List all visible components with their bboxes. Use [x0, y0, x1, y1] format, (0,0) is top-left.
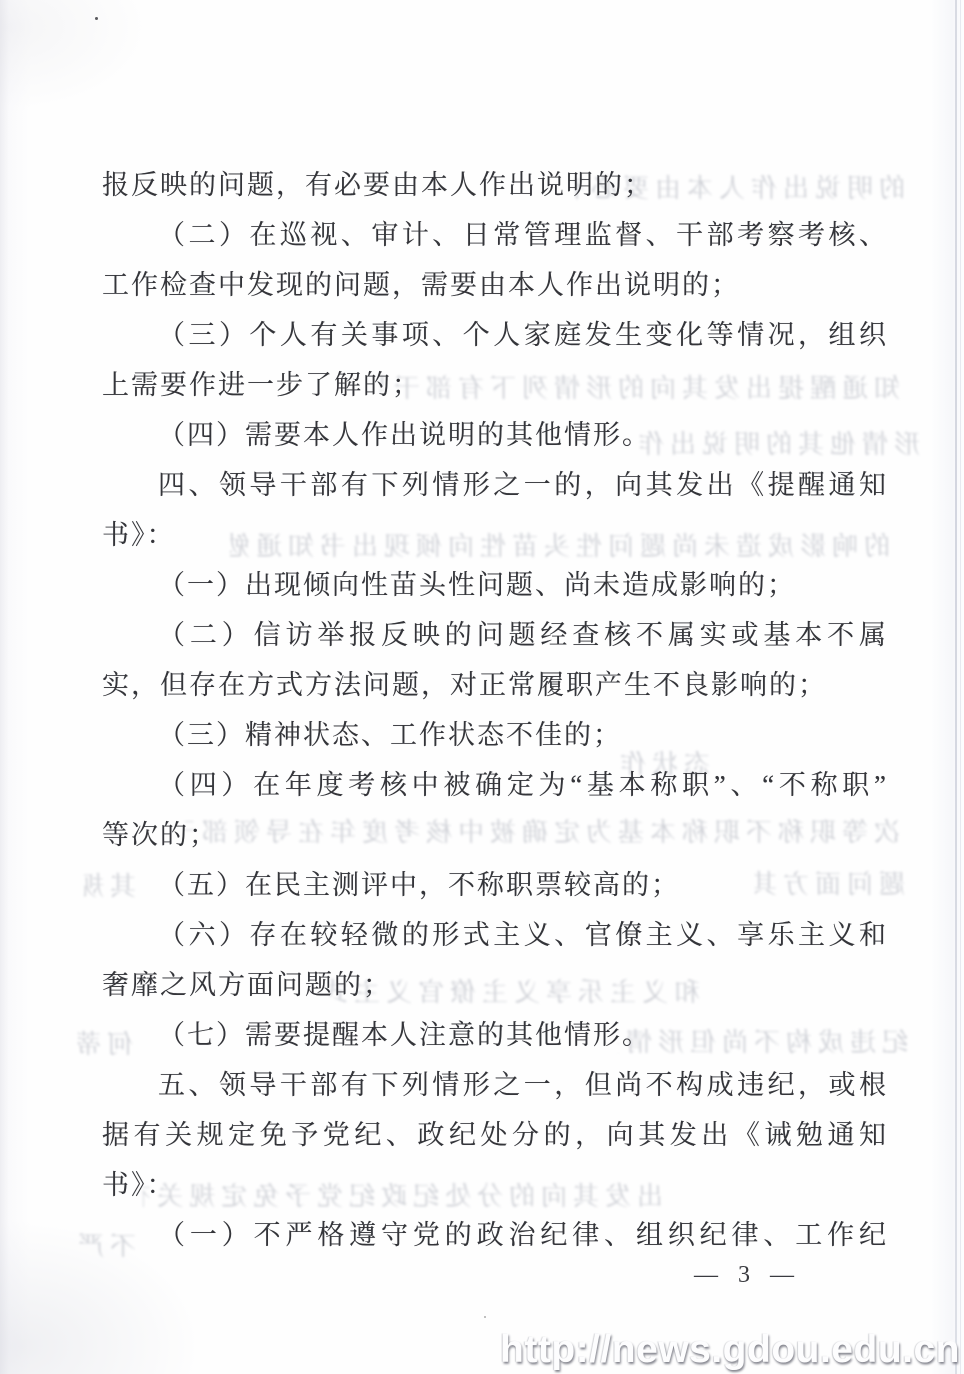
text-line: （二）信访举报反映的问题经查核不属实或基本不属: [102, 610, 888, 660]
watermark-url: http://news.gdou.edu.cn: [500, 1328, 960, 1372]
text-line: 五、领导干部有下列情形之一，但尚不构成违纪，或根: [102, 1060, 888, 1110]
text-line: 书》：: [102, 510, 888, 560]
text-line: （五）在民主测评中，不称职票较高的；: [102, 860, 888, 910]
text-line: 等次的；: [102, 810, 888, 860]
text-line: （三）精神状态、工作状态不佳的；: [102, 710, 888, 760]
document-body-text: 报反映的问题，有必要由本人作出说明的；（二）在巡视、审计、日常管理监督、干部考察…: [102, 160, 888, 1260]
text-line: 上需要作进一步了解的；: [102, 360, 888, 410]
text-line: （一）不严格遵守党的政治纪律、组织纪律、工作纪: [102, 1210, 888, 1260]
text-line: （三）个人有关事项、个人家庭发生变化等情况，组织: [102, 310, 888, 360]
text-line: （四）需要本人作出说明的其他情形。: [102, 410, 888, 460]
scanned-document-page: 的明说出作人本由要必有知通醒提出发其向的形情列下有部干导领形情他其的明说出作人本…: [0, 0, 964, 1374]
page-number-label: — 3 —: [694, 1262, 801, 1288]
text-line: （四）在年度考核中被确定为“基本称职”、“不称职”: [102, 760, 888, 810]
page-number: — 3 —: [694, 1262, 801, 1289]
text-line: 四、领导干部有下列情形之一的，向其发出《提醒通知: [102, 460, 888, 510]
text-line: 报反映的问题，有必要由本人作出说明的；: [102, 160, 888, 210]
text-line: （一）出现倾向性苗头性问题、尚未造成影响的；: [102, 560, 888, 610]
text-line: 工作检查中发现的问题，需要由本人作出说明的；: [102, 260, 888, 310]
text-line: （六）存在较轻微的形式主义、官僚主义、享乐主义和: [102, 910, 888, 960]
text-line: （二）在巡视、审计、日常管理监督、干部考察考核、: [102, 210, 888, 260]
text-line: 书》：: [102, 1160, 888, 1210]
text-line: （七）需要提醒本人注意的其他情形。: [102, 1010, 888, 1060]
text-line: 据有关规定免予党纪、政纪处分的，向其发出《诫勉通知: [102, 1110, 888, 1160]
text-line: 奢靡之风方面问题的；: [102, 960, 888, 1010]
text-line: 实，但存在方式方法问题，对正常履职产生不良影响的；: [102, 660, 888, 710]
